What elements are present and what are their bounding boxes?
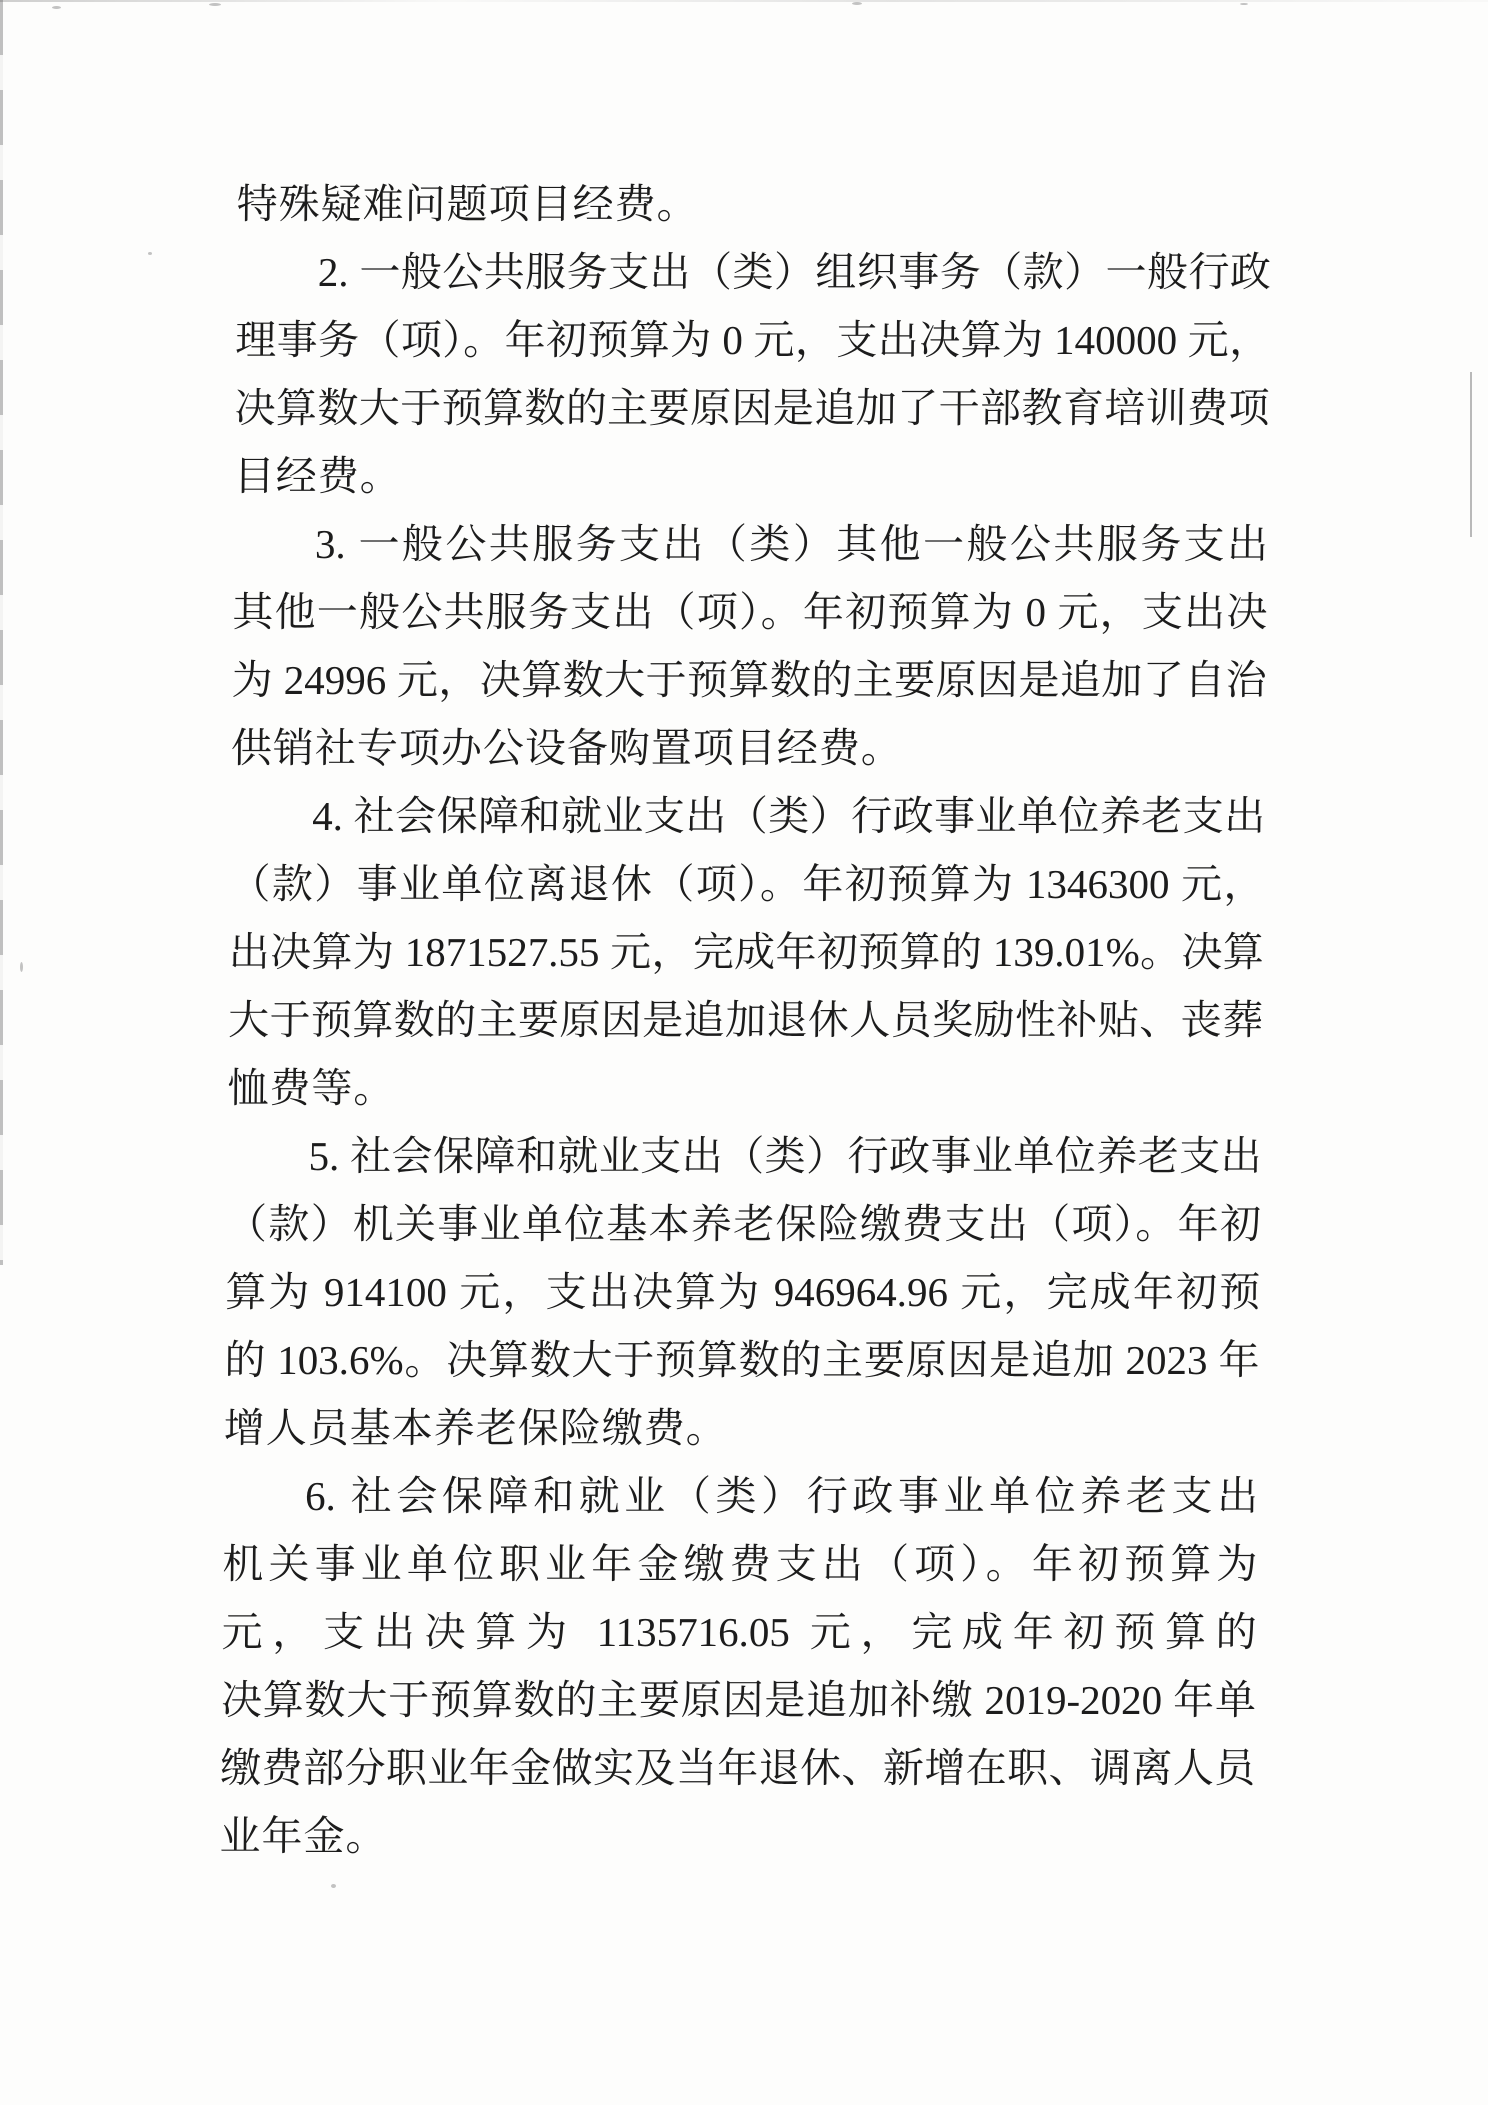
text-line: 出决算为 1871527.55 元，完成年初预算的 139.01%。决算数 xyxy=(228,918,1264,986)
scan-speck xyxy=(209,3,221,6)
text-line: 特殊疑难问题项目经费。 xyxy=(236,170,1272,238)
text-line: 目经费。 xyxy=(233,442,1269,510)
text-line: 恤费等。 xyxy=(227,1054,1263,1122)
text-line: 决算数大于预算数的主要原因是追加补缴 2019-2020 年单位 xyxy=(221,1666,1257,1734)
scan-speck xyxy=(148,252,152,255)
text-line: 3. 一般公共服务支出（类）其他一般公共服务支出（款） xyxy=(233,510,1269,578)
text-line: 算为 914100 元，支出决算为 946964.96 元，完成年初预算 xyxy=(225,1258,1261,1326)
text-line: 元，支出决算为 1135716.05 元，完成年初预算的 248.46%。 xyxy=(221,1598,1257,1666)
text-line: 为 24996 元，决算数大于预算数的主要原因是追加了自治区 xyxy=(231,646,1267,714)
paragraph-3: 3. 一般公共服务支出（类）其他一般公共服务支出（款）其他一般公共服务支出（项）… xyxy=(231,510,1269,782)
text-line: 供销社专项办公设备购置项目经费。 xyxy=(231,714,1267,782)
text-line: 2. 一般公共服务支出（类）组织事务（款）一般行政管 xyxy=(236,238,1272,306)
scan-speck xyxy=(852,2,862,5)
text-line: 业年金。 xyxy=(219,1802,1255,1870)
text-line: 大于预算数的主要原因是追加退休人员奖励性补贴、丧葬抚 xyxy=(228,986,1264,1054)
text-line: 6. 社会保障和就业（类）行政事业单位养老支出（款） xyxy=(223,1462,1259,1530)
scan-edge-top xyxy=(0,0,1488,2)
scan-speck xyxy=(52,6,61,9)
scan-speck xyxy=(331,1884,336,1888)
paragraph-6: 6. 社会保障和就业（类）行政事业单位养老支出（款）机关事业单位职业年金缴费支出… xyxy=(219,1462,1258,1870)
document-text: 特殊疑难问题项目经费。2. 一般公共服务支出（类）组织事务（款）一般行政管理事务… xyxy=(219,170,1272,1870)
paragraph-5: 5. 社会保障和就业支出（类）行政事业单位养老支出（款）机关事业单位基本养老保险… xyxy=(223,1122,1262,1462)
scan-edge-right xyxy=(1470,372,1472,537)
paragraph-2: 2. 一般公共服务支出（类）组织事务（款）一般行政管理事务（项）。年初预算为 0… xyxy=(233,238,1271,510)
text-line: 其他一般公共服务支出（项）。年初预算为 0 元，支出决算 xyxy=(232,578,1268,646)
text-line: 5. 社会保障和就业支出（类）行政事业单位养老支出 xyxy=(226,1122,1262,1190)
text-line: 的 103.6%。决算数大于预算数的主要原因是追加 2023 年新 xyxy=(224,1326,1260,1394)
text-line: 4. 社会保障和就业支出（类）行政事业单位养老支出 xyxy=(230,782,1266,850)
scanned-page: 特殊疑难问题项目经费。2. 一般公共服务支出（类）组织事务（款）一般行政管理事务… xyxy=(0,0,1488,2105)
scan-speck xyxy=(1240,3,1248,5)
scan-speck xyxy=(20,962,23,972)
paragraph-4: 4. 社会保障和就业支出（类）行政事业单位养老支出（款）事业单位离退休（项）。年… xyxy=(227,782,1266,1122)
text-line: 机关事业单位职业年金缴费支出（项）。年初预算为 457100 xyxy=(222,1530,1258,1598)
text-line: 缴费部分职业年金做实及当年退休、新增在职、调离人员职 xyxy=(220,1734,1256,1802)
text-line: 决算数大于预算数的主要原因是追加了干部教育培训费项 xyxy=(234,374,1270,442)
text-line: 增人员基本养老保险缴费。 xyxy=(223,1394,1259,1462)
text-line: 理事务（项）。年初预算为 0 元，支出决算为 140000 元， xyxy=(235,306,1271,374)
text-line: （款）事业单位离退休（项）。年初预算为 1346300 元，支 xyxy=(229,850,1265,918)
paragraph-1: 特殊疑难问题项目经费。 xyxy=(236,170,1272,238)
text-line: （款）机关事业单位基本养老保险缴费支出（项）。年初预 xyxy=(226,1190,1262,1258)
scan-edge-left xyxy=(0,0,3,1265)
